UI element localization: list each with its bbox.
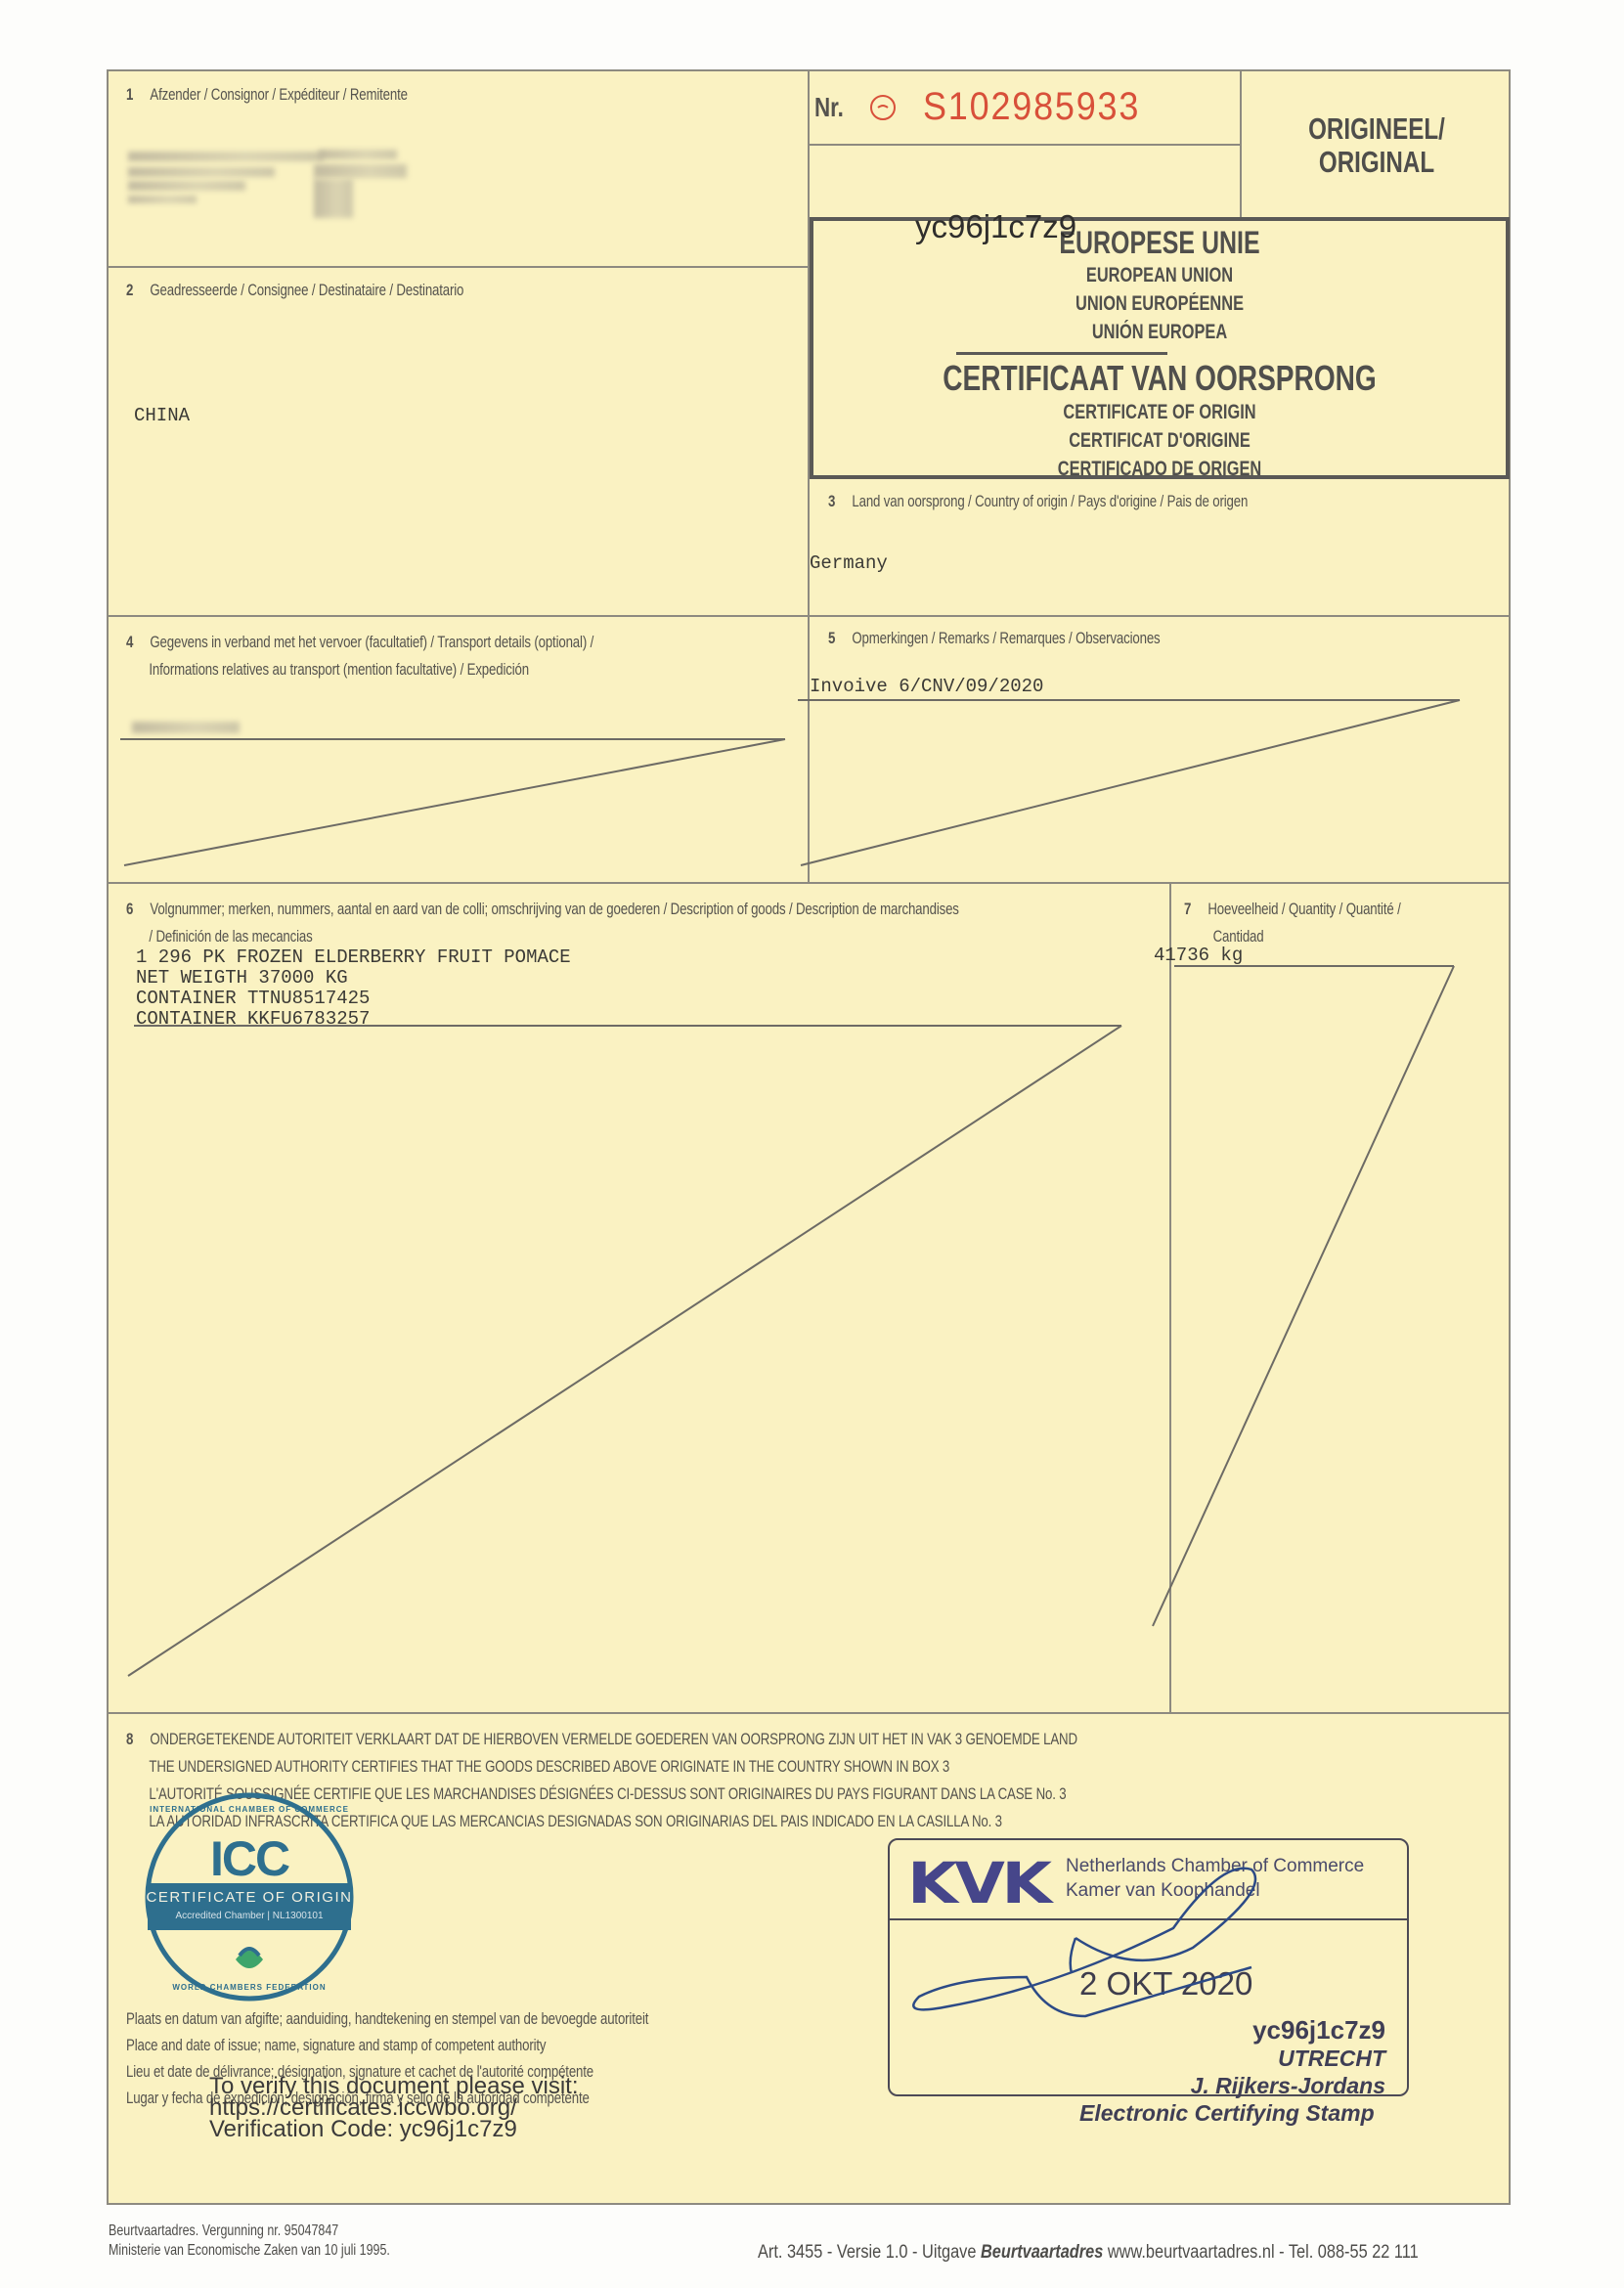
divider <box>109 882 1511 884</box>
divider <box>1169 882 1171 1713</box>
icc-logo: ICC <box>144 1830 355 1887</box>
certificate-number: Nr. S102985933 <box>814 85 1164 129</box>
goods-description: 1 296 PK FROZEN ELDERBERRY FRUIT POMACE … <box>136 947 571 1030</box>
remarks-value: Invoive 6/CNV/09/2020 <box>810 676 1043 697</box>
stamp-caption: Electronic Certifying Stamp <box>1079 2100 1375 2127</box>
divider <box>109 1712 1511 1714</box>
publisher-brand: Beurtvaartadres <box>981 2242 1103 2263</box>
box7-label: 7Hoeveelheid / Quantity / Quantité / Can… <box>1184 896 1401 950</box>
verification-block: To verify this document please visit: ht… <box>209 2076 579 2140</box>
overlay-verification-code: yc96j1c7z9 <box>915 208 1076 245</box>
certificate-sheet: 1Afzender / Consignor / Expéditeur / Rem… <box>107 69 1511 2205</box>
icc-band-title: CERTIFICATE OF ORIGIN <box>144 1889 355 1906</box>
divider <box>109 615 1511 617</box>
goods-line: CONTAINER TTNU8517425 <box>136 989 571 1009</box>
box1-label: 1Afzender / Consignor / Expéditeur / Rem… <box>126 85 408 105</box>
goods-line: CONTAINER KKFU6783257 <box>136 1009 571 1030</box>
icc-band-sub: Accredited Chamber | NL1300101 <box>144 1911 355 1921</box>
country-of-origin-value: Germany <box>810 552 888 574</box>
divider <box>808 144 1240 146</box>
box2-label: 2Geadresseerde / Consignee / Destinatair… <box>126 281 463 300</box>
divider <box>109 266 809 268</box>
original-label: ORIGINEEL/ ORIGINAL <box>1242 112 1512 179</box>
box4-label: 4Gegevens in verband met het vervoer (fa… <box>126 629 593 683</box>
consignee-value: CHINA <box>134 405 190 426</box>
quantity-value: 41736 kg <box>1154 945 1243 966</box>
box6-label: 6Volgnummer; merken, nummers, aantal en … <box>126 896 959 950</box>
icc-arc-top: INTERNATIONAL CHAMBER OF COMMERCE <box>144 1805 355 1814</box>
signature-icon <box>890 1840 1411 2098</box>
icc-arc-bottom: WORLD CHAMBERS FEDERATION <box>144 1983 355 1992</box>
footer-right: Art. 3455 - Versie 1.0 - Uitgave Beurtva… <box>758 2243 1419 2263</box>
goods-line: NET WEIGTH 37000 KG <box>136 968 571 989</box>
goods-line: 1 296 PK FROZEN ELDERBERRY FRUIT POMACE <box>136 947 571 968</box>
icc-seal: ICC CERTIFICATE OF ORIGIN Accredited Cha… <box>144 1791 355 2002</box>
box3-label: 3Land van oorsprong / Country of origin … <box>828 492 1248 511</box>
divider <box>808 615 810 883</box>
nr-seal-icon <box>868 93 898 122</box>
footer-left: Beurtvaartadres. Vergunning nr. 95047847… <box>109 2222 390 2261</box>
eu-header-box: EUROPESE UNIE EUROPEAN UNION UNION EUROP… <box>810 217 1510 479</box>
kvk-stamp: KVK Netherlands Chamber of Commerce Kame… <box>888 1838 1409 2096</box>
eu-header-rule <box>956 352 1167 355</box>
transport-redacted <box>132 722 240 733</box>
box5-label: 5Opmerkingen / Remarks / Remarques / Obs… <box>828 629 1161 648</box>
serial-number: S102985933 <box>923 85 1140 129</box>
